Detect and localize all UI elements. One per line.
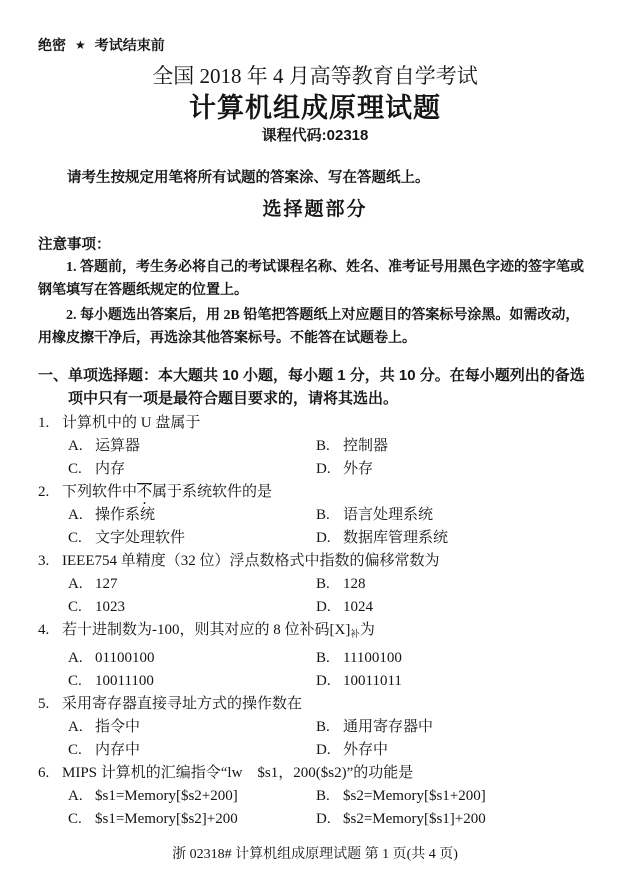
option-text: 数据库管理系统 <box>343 530 448 546</box>
option-text: 10011100 <box>95 673 154 689</box>
option-item: C.文字处理软件 <box>68 527 316 550</box>
option-label: C. <box>68 808 95 831</box>
option-text: 通用寄存器中 <box>343 719 433 735</box>
option-item: D.1024 <box>316 596 592 619</box>
option-text: $s2=Memory[$s1+200] <box>343 788 486 804</box>
option-item: B.语言处理系统 <box>316 504 592 527</box>
option-item: B.控制器 <box>316 435 592 458</box>
option-text: 10011011 <box>343 673 402 689</box>
option-label: B. <box>316 435 343 458</box>
answer-instruction: 请考生按规定用笔将所有试题的答案涂、写在答题纸上。 <box>38 168 592 188</box>
option-label: B. <box>316 785 343 808</box>
option-label: A. <box>68 716 95 739</box>
option-label: D. <box>316 808 343 831</box>
question-stem-text: 下列软件中 <box>62 484 137 500</box>
question-stem: 5.采用寄存器直接寻址方式的操作数在 <box>38 693 592 716</box>
notes-heading: 注意事项： <box>38 236 592 254</box>
exam-timing-label: 考试结束前 <box>95 36 165 54</box>
option-item: D.$s2=Memory[$s1]+200 <box>316 808 592 831</box>
option-item: B.128 <box>316 573 592 596</box>
option-text: 11100100 <box>343 650 402 666</box>
page-footer: 浙 02318# 计算机组成原理试题 第 1 页(共 4 页) <box>38 845 592 865</box>
option-text: 外存中 <box>343 742 388 758</box>
options: A.01100100 B.11100100 C.10011100 D.10011… <box>68 647 592 693</box>
section-part-title: 选择题部分 <box>38 198 592 222</box>
option-item: C.1023 <box>68 596 316 619</box>
option-label: C. <box>68 527 95 550</box>
option-text: 语言处理系统 <box>343 507 433 523</box>
options: A.指令中 B.通用寄存器中 C.内存中 D.外存中 <box>68 716 592 762</box>
question-stem-text: 属于系统软件的是 <box>152 484 272 500</box>
question-stem-text: 为 <box>360 622 375 638</box>
options: A.操作系统 B.语言处理系统 C.文字处理软件 D.数据库管理系统 <box>68 504 592 550</box>
option-text: 01100100 <box>95 650 154 666</box>
question-item-6: 6.MIPS 计算机的汇编指令“lw $s1，200($s2)”的功能是 A.$… <box>38 762 592 831</box>
option-label: A. <box>68 647 95 670</box>
option-item: D.外存 <box>316 458 592 481</box>
option-item: A.127 <box>68 573 316 596</box>
question-number: 4. <box>38 619 62 642</box>
note-item-2: 2. 每小题选出答案后，用 2B 铅笔把答题纸上对应题目的答案标号涂黑。如需改动… <box>38 304 592 350</box>
option-label: B. <box>316 647 343 670</box>
option-label: C. <box>68 596 95 619</box>
subscript-char: 补 <box>350 630 360 640</box>
options: A.运算器 B.控制器 C.内存 D.外存 <box>68 435 592 481</box>
option-item: A.操作系统 <box>68 504 316 527</box>
option-item: B.$s2=Memory[$s1+200] <box>316 785 592 808</box>
option-label: D. <box>316 527 343 550</box>
question-item-2: 2.下列软件中不属于系统软件的是 A.操作系统 B.语言处理系统 C.文字处理软… <box>38 481 592 550</box>
question-stem: 3.IEEE754 单精度（32 位）浮点数格式中指数的偏移常数为 <box>38 550 592 573</box>
option-label: B. <box>316 573 343 596</box>
course-code: 课程代码:02318 <box>38 126 592 146</box>
option-item: A.01100100 <box>68 647 316 670</box>
question-stem: 1.计算机中的 U 盘属于 <box>38 412 592 435</box>
question-number: 1. <box>38 412 62 435</box>
option-label: B. <box>316 504 343 527</box>
option-text: 运算器 <box>95 438 140 454</box>
question-stem-text: MIPS 计算机的汇编指令“lw $s1，200($s2)”的功能是 <box>62 765 413 781</box>
question-item-5: 5.采用寄存器直接寻址方式的操作数在 A.指令中 B.通用寄存器中 C.内存中 … <box>38 693 592 762</box>
option-item: A.$s1=Memory[$s2+200] <box>68 785 316 808</box>
question-item-1: 1.计算机中的 U 盘属于 A.运算器 B.控制器 C.内存 D.外存 <box>38 412 592 481</box>
question-stem: 4.若十进制数为-100，则其对应的 8 位补码[X]补为 <box>38 619 592 647</box>
options: A.$s1=Memory[$s2+200] B.$s2=Memory[$s1+2… <box>68 785 592 831</box>
option-text: 128 <box>343 576 366 592</box>
exam-session-title: 全国 2018 年 4 月高等教育自学考试 <box>38 62 592 90</box>
option-item: D.外存中 <box>316 739 592 762</box>
option-label: C. <box>68 458 95 481</box>
option-item: D.10011011 <box>316 670 592 693</box>
question-stem-text: 若十进制数为-100，则其对应的 8 位补码[X] <box>62 622 350 638</box>
option-label: D. <box>316 670 343 693</box>
option-text: 127 <box>95 576 118 592</box>
option-label: C. <box>68 739 95 762</box>
option-item: D.数据库管理系统 <box>316 527 592 550</box>
option-text: 指令中 <box>95 719 140 735</box>
exam-paper-page: 绝密★考试结束前 全国 2018 年 4 月高等教育自学考试 计算机组成原理试题… <box>0 0 630 892</box>
option-label: A. <box>68 504 95 527</box>
question-stem-text: 采用寄存器直接寻址方式的操作数在 <box>62 696 302 712</box>
option-label: D. <box>316 458 343 481</box>
option-text: 外存 <box>343 461 373 477</box>
question-stem: 2.下列软件中不属于系统软件的是 <box>38 481 592 504</box>
option-text: $s2=Memory[$s1]+200 <box>343 811 486 827</box>
option-item: B.11100100 <box>316 647 592 670</box>
note-item-1: 1. 答题前，考生务必将自己的考试课程名称、姓名、准考证号用黑色字迹的签字笔或钢… <box>38 256 592 302</box>
options: A.127 B.128 C.1023 D.1024 <box>68 573 592 619</box>
secrecy-label: 绝密 <box>38 36 66 54</box>
option-text: 1024 <box>343 599 373 615</box>
paper-title: 计算机组成原理试题 <box>38 92 592 124</box>
option-label: A. <box>68 785 95 808</box>
option-item: C.内存 <box>68 458 316 481</box>
option-item: C.$s1=Memory[$s2]+200 <box>68 808 316 831</box>
option-label: A. <box>68 573 95 596</box>
option-label: B. <box>316 716 343 739</box>
option-item: C.10011100 <box>68 670 316 693</box>
option-label: A. <box>68 435 95 458</box>
option-text: 1023 <box>95 599 125 615</box>
question-number: 6. <box>38 762 62 785</box>
question-number: 2. <box>38 481 62 504</box>
option-text: 控制器 <box>343 438 388 454</box>
option-item: A.指令中 <box>68 716 316 739</box>
question-number: 5. <box>38 693 62 716</box>
question-list: 1.计算机中的 U 盘属于 A.运算器 B.控制器 C.内存 D.外存 2.下列… <box>38 412 592 831</box>
option-item: B.通用寄存器中 <box>316 716 592 739</box>
option-item: A.运算器 <box>68 435 316 458</box>
option-text: 内存 <box>95 461 125 477</box>
star-icon: ★ <box>75 36 86 54</box>
option-text: 文字处理软件 <box>95 530 185 546</box>
option-item: C.内存中 <box>68 739 316 762</box>
question-number: 3. <box>38 550 62 573</box>
question-item-4: 4.若十进制数为-100，则其对应的 8 位补码[X]补为 A.01100100… <box>38 619 592 693</box>
option-label: D. <box>316 739 343 762</box>
option-label: C. <box>68 670 95 693</box>
question-stem-text: IEEE754 单精度（32 位）浮点数格式中指数的偏移常数为 <box>62 553 440 569</box>
secrecy-line: 绝密★考试结束前 <box>38 36 592 54</box>
option-text: $s1=Memory[$s2+200] <box>95 788 238 804</box>
option-label: D. <box>316 596 343 619</box>
question-item-3: 3.IEEE754 单精度（32 位）浮点数格式中指数的偏移常数为 A.127 … <box>38 550 592 619</box>
question-stem-text: 计算机中的 U 盘属于 <box>62 415 200 431</box>
section-one-heading: 一、单项选择题：本大题共 10 小题，每小题 1 分，共 10 分。在每小题列出… <box>38 364 592 410</box>
option-text: 操作系统 <box>95 507 155 523</box>
emphasized-char: 不 <box>137 484 152 500</box>
option-text: $s1=Memory[$s2]+200 <box>95 811 238 827</box>
question-stem: 6.MIPS 计算机的汇编指令“lw $s1，200($s2)”的功能是 <box>38 762 592 785</box>
option-text: 内存中 <box>95 742 140 758</box>
